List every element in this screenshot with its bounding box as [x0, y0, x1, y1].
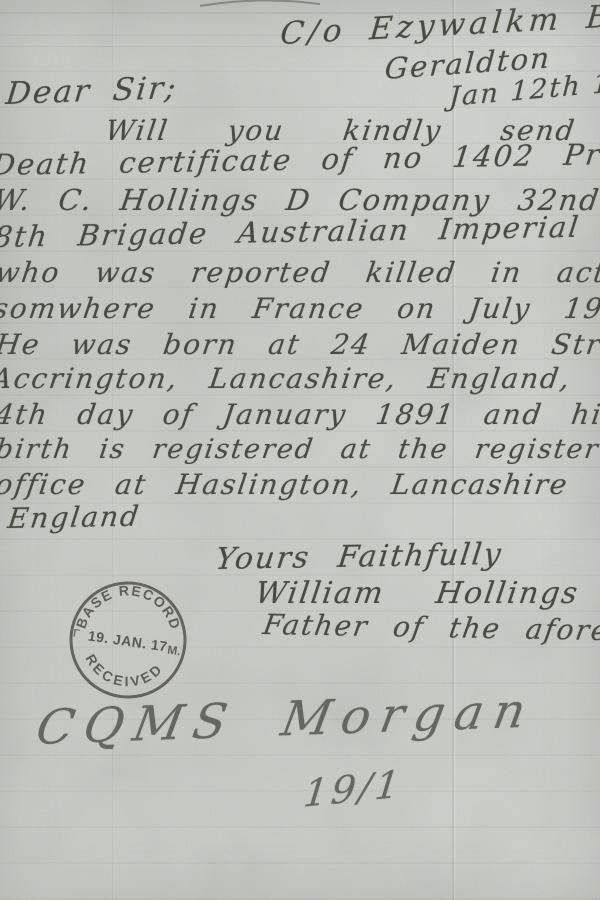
stamp-date-text: 19. JAN. 17: [87, 627, 169, 654]
body-line: Accrington, Lancashire, England, on: [0, 362, 600, 395]
stamp-right-mark: M.: [166, 643, 181, 659]
body-line: who was reported killed in acti: [0, 256, 600, 289]
body-line: birth is registered at the register: [0, 434, 600, 465]
body-line: somwhere in France on July 19th: [0, 292, 600, 325]
letter-page: C/o Ezywalkm Boo Geraldton Jan 12th 1 De…: [0, 0, 600, 900]
base-records-received-stamp: BASE RECORDS RECEIVED 19. JAN. 17 Γ M.: [60, 572, 196, 708]
body-line: office at Haslington, Lancashire: [0, 468, 571, 501]
salutation: Dear Sir;: [4, 70, 179, 112]
body-line: He was born at 24 Maiden Street: [0, 328, 600, 361]
stamp-left-mark: Γ: [72, 627, 81, 640]
body-line: England: [6, 500, 142, 535]
stamp-bottom-arc-text: RECEIVED: [79, 650, 168, 695]
body-line: 4th day of January 1891 and his: [0, 398, 600, 431]
signatory-name: William Hollings: [253, 576, 581, 611]
svg-text:RECEIVED: RECEIVED: [79, 650, 168, 695]
valediction: Yours Faithfully: [214, 537, 505, 577]
